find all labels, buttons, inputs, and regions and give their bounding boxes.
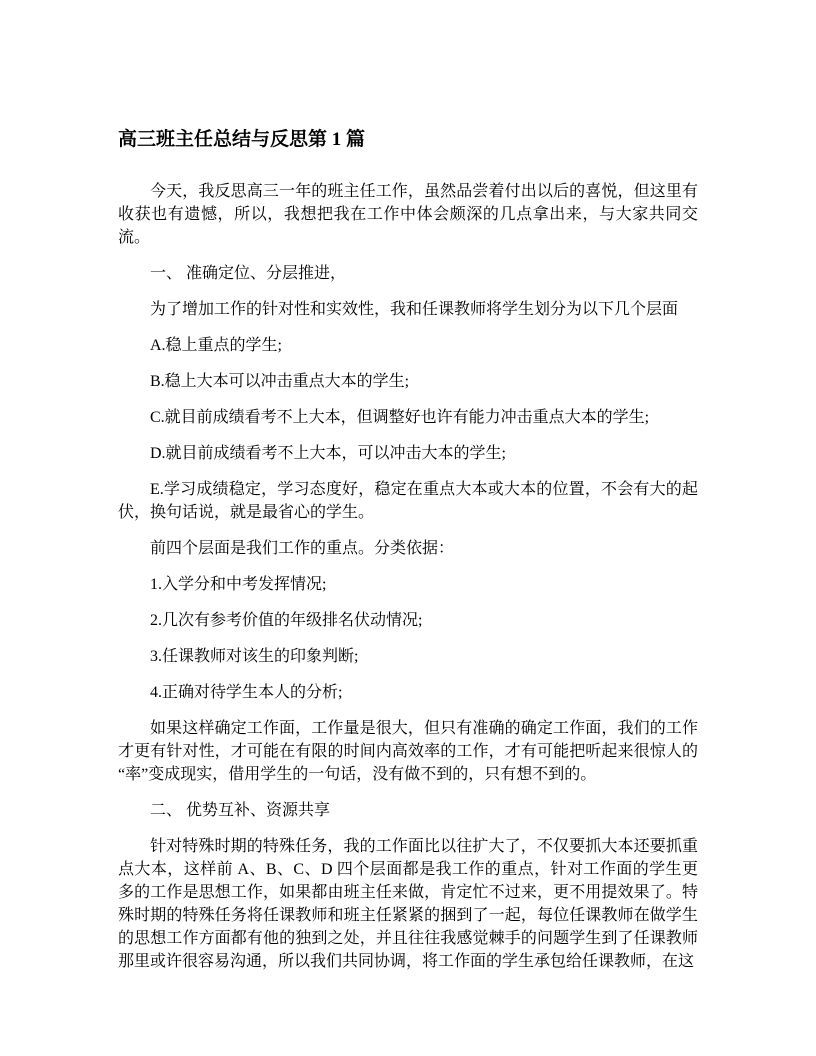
list-item-b: B.稳上大本可以冲击重点大本的学生;	[118, 370, 698, 393]
paragraph-layering-intro: 为了增加工作的针对性和实效性，我和任课教师将学生划分为以下几个层面	[118, 298, 698, 321]
section-heading-2: 二、 优势互补、资源共享	[118, 799, 698, 822]
paragraph-intro: 今天，我反思高三一年的班主任工作，虽然品尝着付出以后的喜悦，但这里有收获也有遗憾…	[118, 180, 698, 249]
paragraph-special-tasks: 针对特殊时期的特殊任务，我的工作面比以往扩大了，不仅要抓大本还要抓重点大本，这样…	[118, 835, 698, 973]
list-item-e: E.学习成绩稳定，学习态度好，稳定在重点大本或大本的位置，不会有大的起伏，换句话…	[118, 478, 698, 524]
paragraph-work-scope: 如果这样确定工作面，工作量是很大，但只有准确的确定工作面，我们的工作才更有针对性…	[118, 717, 698, 786]
list-item-c: C.就目前成绩看考不上大本，但调整好也许有能力冲击重点大本的学生;	[118, 406, 698, 429]
list-item-4: 4.正确对待学生本人的分析;	[118, 681, 698, 704]
list-item-1: 1.入学分和中考发挥情况;	[118, 573, 698, 596]
document-page: 高三班主任总结与反思第 1 篇 今天，我反思高三一年的班主任工作，虽然品尝着付出…	[0, 0, 816, 1056]
list-item-2: 2.几次有参考价值的年级排名伏动情况;	[118, 609, 698, 632]
document-title: 高三班主任总结与反思第 1 篇	[118, 128, 698, 151]
section-heading-1: 一、 准确定位、分层推进，	[118, 262, 698, 285]
list-item-d: D.就目前成绩看考不上大本，可以冲击大本的学生;	[118, 442, 698, 465]
list-item-3: 3.任课教师对该生的印象判断;	[118, 645, 698, 668]
list-item-a: A.稳上重点的学生;	[118, 334, 698, 357]
paragraph-classification-basis: 前四个层面是我们工作的重点。分类依据：	[118, 537, 698, 560]
